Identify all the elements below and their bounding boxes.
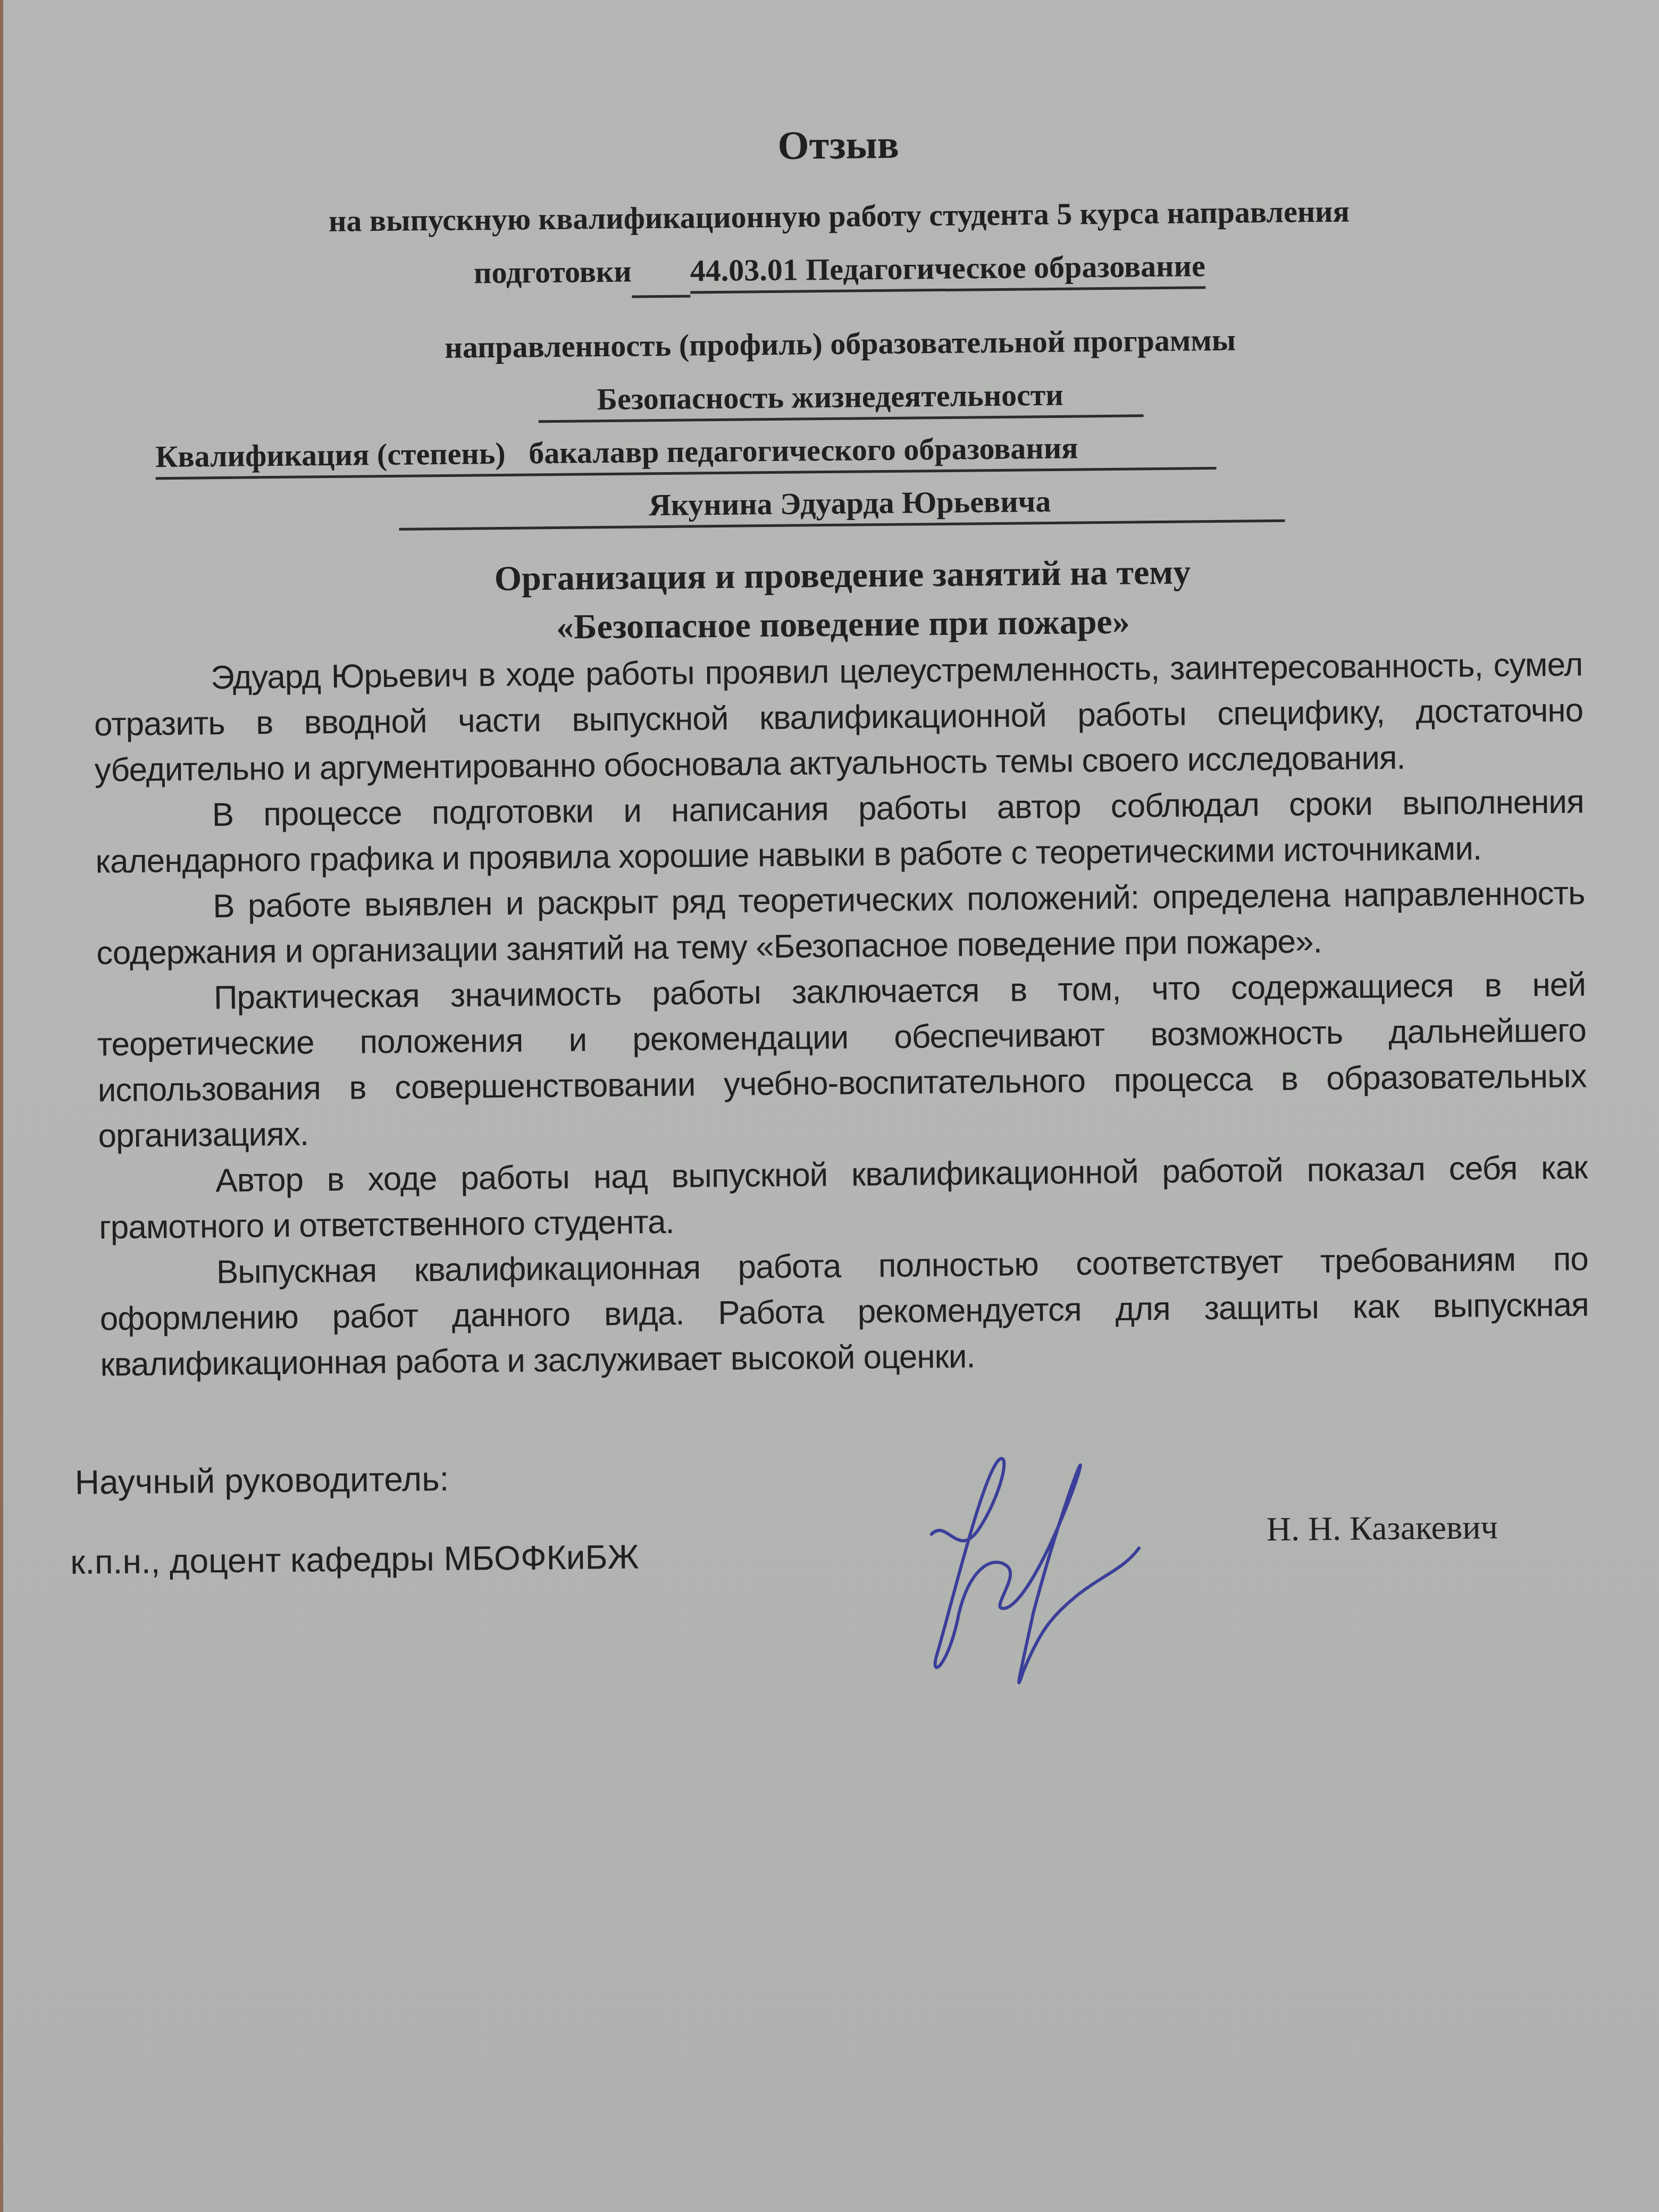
program-value: 44.03.01 Педагогическое образование bbox=[690, 246, 1205, 294]
program-label: подготовки bbox=[474, 254, 632, 290]
qualification-value: бакалавр педагогического образования bbox=[529, 431, 1078, 471]
paragraph: В процессе подготовки и написания работы… bbox=[95, 779, 1585, 885]
underline bbox=[632, 263, 691, 298]
document-title: Отзыв bbox=[35, 115, 1620, 177]
supervisor-position: к.п.н., доцент кафедры МБОФКиБЖ bbox=[70, 1537, 639, 1582]
qualification-line: Квалификация (степень) бакалавр педагоги… bbox=[155, 426, 1217, 480]
paragraph: Выпускная квалификационная работа полнос… bbox=[99, 1236, 1589, 1388]
profile-value: Безопасность жизнедеятельности bbox=[538, 374, 1143, 423]
document-page: Отзыв на выпускную квалификационную рабо… bbox=[0, 0, 1659, 2212]
student-name: Якунина Эдуарда Юрьевича bbox=[399, 479, 1285, 531]
signature-icon bbox=[899, 1436, 1178, 1694]
paragraph: Эдуард Юрьевич в ходе работы проявил цел… bbox=[94, 642, 1583, 793]
qualification-label: Квалификация (степень) bbox=[155, 436, 506, 474]
review-body: Эдуард Юрьевич в ходе работы проявил цел… bbox=[40, 642, 1632, 1389]
paragraph: В работе выявлен и раскрыт ряд теоретиче… bbox=[96, 870, 1586, 976]
supervisor-name: Н. Н. Казакевич bbox=[1266, 1507, 1498, 1549]
paragraph: Практическая значимость работы заключает… bbox=[97, 962, 1587, 1159]
paragraph: Автор в ходе работы над выпускной квалиф… bbox=[98, 1145, 1588, 1251]
signature-block: Научный руководитель: к.п.н., доцент каф… bbox=[48, 1448, 1635, 1729]
supervisor-role: Научный руководитель: bbox=[74, 1459, 449, 1502]
document-content: Отзыв на выпускную квалификационную рабо… bbox=[35, 99, 1635, 1729]
